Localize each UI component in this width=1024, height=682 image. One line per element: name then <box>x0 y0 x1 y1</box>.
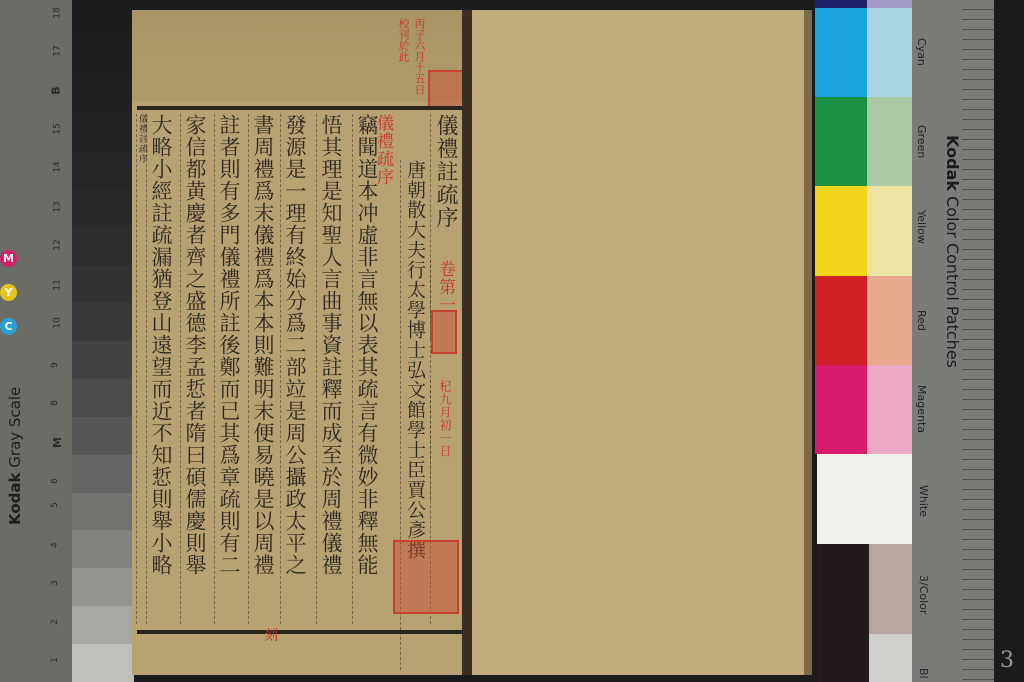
patch-black-light <box>869 634 914 682</box>
patch-red <box>815 276 867 365</box>
side-annotation: 杞九月初一日 <box>430 380 459 500</box>
text-column-4: 書周禮爲末儀禮爲本本則難明末便易曉是以周禮 <box>248 114 277 624</box>
tick: 17 <box>53 45 63 56</box>
label-yellow: Yellow <box>915 210 928 244</box>
tick: 10 <box>53 317 63 328</box>
tick: 13 <box>53 201 63 212</box>
text-frame: 儀禮註疏序 卷第一 杞九月初一日 唐朝散大夫行太學博士弘文館學士臣賈公彥撰 儀禮… <box>137 106 463 634</box>
tick: 5 <box>50 502 60 508</box>
text-column-7: 大略小經註疏漏猶登山遠望而近不知悊則舉小略 <box>146 114 175 624</box>
cyan-badge: C <box>0 318 17 335</box>
tick: 6 <box>50 478 60 484</box>
inline-red-title: 儀禮疏序 <box>379 114 397 214</box>
text-column-3: 發源是一理有終始分爲二部竝是周公攝政太平之 <box>280 114 309 624</box>
patch-blue-light <box>867 0 912 8</box>
patch-green-light <box>867 97 912 186</box>
patch-green <box>815 97 867 186</box>
kodak-color-control-patches <box>815 0 915 682</box>
patch-yellow-light <box>867 186 912 276</box>
tick: M <box>51 437 64 448</box>
yellow-badge: Y <box>0 284 17 301</box>
label-3color: 3/Color <box>917 575 930 614</box>
red-seal-large <box>393 540 459 614</box>
page-number: 3 <box>1000 648 1014 673</box>
text-column-5: 註者則有多門儀禮所註後鄭而已其爲章疏則有二 <box>214 114 243 624</box>
gray-scale-title: Kodak Gray Scale <box>6 387 24 525</box>
text-column-6: 家信都黄慶者齊之盛德李孟悊者隋曰碩儒慶則舉 <box>180 114 209 624</box>
page-edge <box>804 10 812 675</box>
patch-red-light <box>867 276 912 365</box>
tick: B <box>50 86 63 94</box>
gray-step-patches <box>72 0 134 682</box>
label-white: White <box>917 485 930 517</box>
tick: 1 <box>50 657 60 663</box>
tick: 9 <box>50 362 60 368</box>
patch-3color <box>817 544 869 682</box>
text-column-2: 悟其理是知聖人言曲事資註釋而成至於周禮儀禮 <box>316 114 345 624</box>
color-chart-title: Kodak Color Control Patches <box>943 135 962 368</box>
left-book-page: 丙子六月十五日校刊於此 儀禮註疏序 卷第一 杞九月初一日 唐朝散大夫行太學博士弘… <box>132 10 470 675</box>
text-column-1: 竊聞道本冲虛非言無以表其疏言有微妙非釋無能 <box>352 114 381 624</box>
label-red: Red <box>915 310 928 331</box>
tick: 14 <box>53 161 63 172</box>
patch-white <box>817 454 912 544</box>
patch-3color-light <box>869 544 914 634</box>
right-book-page-blank <box>472 10 812 675</box>
tick: 12 <box>53 239 63 250</box>
patch-magenta <box>815 365 867 454</box>
magenta-badge: M <box>0 250 17 267</box>
tick: 4 <box>50 542 60 548</box>
tick: 15 <box>53 123 63 134</box>
patch-cyan-light <box>867 8 912 97</box>
patch-blue <box>815 0 867 8</box>
tick: 3 <box>50 580 60 586</box>
bottom-mark: 刻 <box>264 625 278 645</box>
label-black: Bl <box>917 668 930 679</box>
patch-cyan <box>815 8 867 97</box>
kodak-gray-scale-strip: C Y M Kodak Gray Scale 1 2 3 4 5 6 M 8 9… <box>0 0 72 682</box>
patch-yellow <box>815 186 867 276</box>
label-green: Green <box>915 125 928 158</box>
tick: 18 <box>53 7 63 18</box>
patch-magenta-light <box>867 365 912 454</box>
label-magenta: Magenta <box>915 385 928 433</box>
top-annotation: 丙子六月十五日校刊於此 <box>387 18 427 98</box>
book-spine <box>462 10 472 675</box>
ruler-scale <box>962 0 996 682</box>
tick: 11 <box>53 279 63 290</box>
tick: 2 <box>50 619 60 625</box>
label-cyan: Cyan <box>915 38 928 66</box>
red-seal <box>431 310 457 354</box>
margin-column: 儀禮註疏序 <box>136 114 147 624</box>
tick: 8 <box>50 400 60 406</box>
